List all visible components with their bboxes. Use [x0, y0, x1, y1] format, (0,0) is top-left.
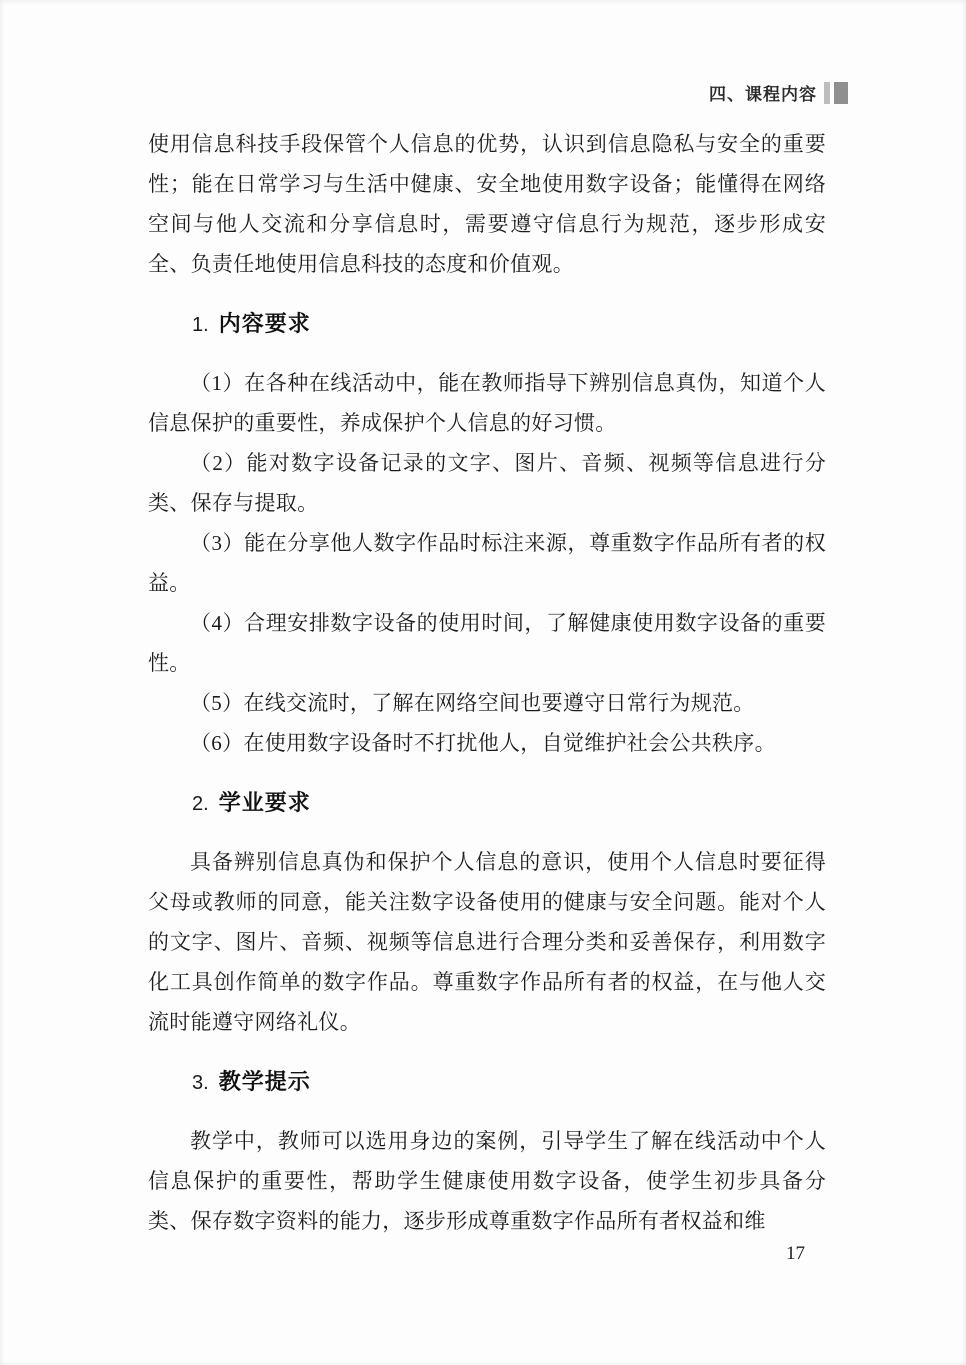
- section-2-items: 具备辨别信息真伪和保护个人信息的意识，使用个人信息时要征得父母或教师的同意，能关…: [148, 842, 826, 1042]
- list-item: （2）能对数字设备记录的文字、图片、音频、视频等信息进行分类、保存与提取。: [148, 443, 826, 523]
- chapter-title: 四、课程内容: [709, 80, 817, 105]
- list-item: （4）合理安排数字设备的使用时间，了解健康使用数字设备的重要性。: [148, 603, 826, 683]
- decoration-bar-light: [824, 82, 830, 104]
- list-item: （1）在各种在线活动中，能在教师指导下辨别信息真伪，知道个人信息保护的重要性，养…: [148, 363, 826, 443]
- section-number: 2.: [192, 793, 209, 815]
- body-paragraph: 具备辨别信息真伪和保护个人信息的意识，使用个人信息时要征得父母或教师的同意，能关…: [148, 842, 826, 1042]
- section-title: 教学提示: [219, 1069, 311, 1094]
- list-item: （3）能在分享他人数字作品时标注来源，尊重数字作品所有者的权益。: [148, 523, 826, 603]
- decoration-bar-dark: [834, 82, 848, 104]
- list-item: （6）在使用数字设备时不打扰他人，自觉维护社会公共秩序。: [148, 723, 826, 763]
- section-title: 内容要求: [219, 311, 311, 336]
- section-heading-content-requirements: 1.内容要求: [148, 308, 826, 341]
- section-3-items: 教学中，教师可以选用身边的案例，引导学生了解在线活动中个人信息保护的重要性，帮助…: [148, 1121, 826, 1241]
- section-number: 3.: [192, 1072, 209, 1094]
- page-content: 使用信息科技手段保管个人信息的优势，认识到信息隐私与安全的重要性；能在日常学习与…: [148, 124, 826, 1241]
- header-decoration: [824, 82, 848, 104]
- list-item: （5）在线交流时，了解在网络空间也要遵守日常行为规范。: [148, 683, 826, 723]
- section-heading-academic-requirements: 2.学业要求: [148, 787, 826, 820]
- section-number: 1.: [192, 314, 209, 336]
- section-1-items: （1）在各种在线活动中，能在教师指导下辨别信息真伪，知道个人信息保护的重要性，养…: [148, 363, 826, 763]
- page-number: 17: [786, 1243, 805, 1265]
- section-title: 学业要求: [219, 790, 311, 815]
- body-paragraph: 教学中，教师可以选用身边的案例，引导学生了解在线活动中个人信息保护的重要性，帮助…: [148, 1121, 826, 1241]
- document-page: 四、课程内容 使用信息科技手段保管个人信息的优势，认识到信息隐私与安全的重要性；…: [0, 0, 966, 1365]
- section-heading-teaching-tips: 3.教学提示: [148, 1066, 826, 1099]
- running-header: 四、课程内容: [709, 80, 848, 105]
- intro-paragraph: 使用信息科技手段保管个人信息的优势，认识到信息隐私与安全的重要性；能在日常学习与…: [148, 124, 826, 284]
